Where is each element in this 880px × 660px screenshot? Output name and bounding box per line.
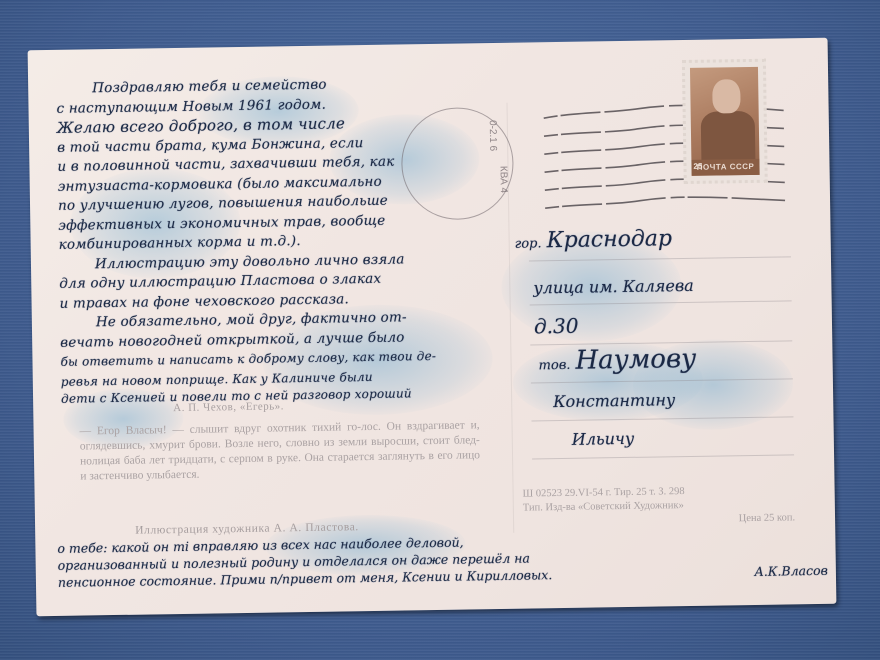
footer-message: о тебе: какой он ті вправляю из всех нас… [57, 528, 828, 591]
stamp-value: 25 [693, 162, 707, 174]
address-rule [530, 300, 792, 305]
stamp-portrait: ПОЧТА СССР 25 [690, 67, 760, 176]
recipient-patronymic: Ильичу [572, 429, 635, 449]
publisher-imprint: Ш 02523 29.VI-54 г. Тир. 25 т. З. 298 Ти… [523, 483, 796, 529]
recipient-prefix: тов. [539, 358, 571, 373]
address-rule [531, 378, 793, 383]
address-rule [529, 256, 791, 261]
postmark-date: 0-2.1 6 [482, 120, 498, 151]
address-rule [532, 454, 794, 459]
signature: А.К.Власов [754, 562, 828, 580]
printed-quote: — Егор Власыч! — слышит вдруг охотник ти… [79, 418, 480, 484]
stamp-figure-body [701, 111, 756, 162]
illustration-credit: Иллюстрация художника А. А. Пластова. [135, 521, 359, 537]
recipient-surname: Наумову [575, 344, 696, 376]
address-recipient: тов. Наумову [538, 344, 696, 376]
printed-caption: А. П. Чехов, «Егерь». [173, 400, 284, 414]
postcard: Поздравляю тебя и семейство с наступающи… [28, 38, 837, 616]
recipient-name: Константину [553, 390, 675, 411]
postage-stamp: ПОЧТА СССР 25 [682, 59, 768, 184]
address-house: д.30 [534, 314, 579, 339]
address-street: улица им. Каляева [533, 276, 694, 298]
postmark-circle: 0-2.1 6 КВА 4 [401, 107, 515, 221]
address-rule [531, 416, 793, 421]
stamp-figure-face [712, 79, 741, 113]
address-city: гор. Краснодар [514, 226, 672, 253]
city-name: Краснодар [546, 226, 672, 253]
postmark-place: КВА 4 [497, 166, 508, 193]
city-prefix: гор. [515, 236, 542, 251]
